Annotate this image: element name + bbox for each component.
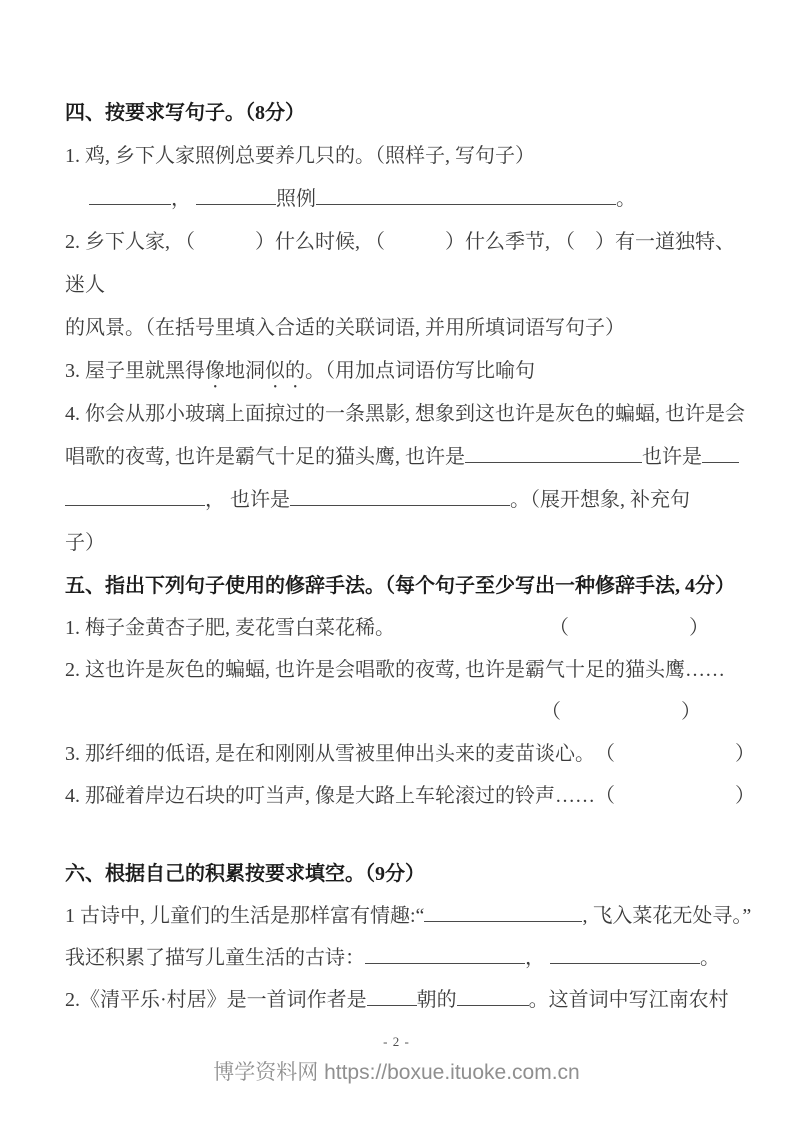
q1-zhaoli-label: 照例 (276, 188, 316, 210)
q-text: 3. 那纤细的低语, 是在和刚刚从雪被里伸出头来的麦苗谈心。 (65, 733, 595, 775)
q-text: 1. 梅子金黄杏子肥, 麦花雪白菜花稀。 (65, 607, 395, 649)
fill-blank (89, 184, 171, 205)
fill-blank (702, 442, 739, 463)
q1-period: 。 (616, 188, 636, 210)
q3-emphasized-word: 似的 (265, 360, 305, 382)
fill-blank (367, 985, 417, 1006)
document-page: 四、按要求写句子。（8分） 1. 鸡, 乡下人家照例总要养几只的。（照样子, 写… (0, 0, 793, 1122)
q4-segment: 唱歌的夜莺, 也许是霸气十足的猫头鹰, 也许是 (65, 446, 465, 468)
fill-blank (550, 943, 700, 964)
q1-comma: ， (171, 188, 191, 210)
fill-blank (290, 485, 510, 506)
section6-question2: 2.《清平乐·村居》是一首词作者是朝的。这首词中写江南农村 (65, 979, 737, 1021)
section4-question1: 1. 鸡, 乡下人家照例总要养几只的。（照样子, 写句子） (65, 135, 737, 178)
q-text: 我还积累了描写儿童生活的古诗： (65, 947, 365, 969)
fill-blank (365, 943, 525, 964)
section5-question4: 4. 那碰着岸边石块的叮当声, 像是大路上车轮滚过的铃声……（ ） (65, 775, 737, 817)
section4-q4-cont1: 唱歌的夜莺, 也许是霸气十足的猫头鹰, 也许是也许是 (65, 436, 737, 479)
q-text: 1 古诗中, 儿童们的生活是那样富有情趣:“ (65, 905, 424, 927)
q-text: 2.《清平乐·村居》是一首词作者是 (65, 989, 367, 1011)
q3-segment: 。（用加点词语仿写比喻句 (305, 360, 535, 382)
section5-q2-answer-paren: （ ） (65, 691, 737, 733)
section4-question3: 3. 屋子里就黑得像地洞似的。（用加点词语仿写比喻句 (65, 350, 737, 393)
q-text: , 飞入菜花无处寻。” (582, 905, 751, 927)
q-text: 。 (700, 947, 720, 969)
page-content: 四、按要求写句子。（8分） 1. 鸡, 乡下人家照例总要养几只的。（照样子, 写… (0, 0, 793, 1021)
answer-paren: （ ） (549, 607, 709, 649)
section6-heading: 六、根据自己的积累按要求填空。（9分） (65, 853, 737, 895)
section4-question2: 2. 乡下人家, （ ）什么时候, （ ）什么季节, （ ）有一道独特、 (65, 221, 737, 264)
page-number: - 2 - (0, 1034, 793, 1050)
section6-q1-cont: 我还积累了描写儿童生活的古诗：， 。 (65, 937, 737, 979)
fill-blank (424, 901, 582, 922)
section4-q1-answer-line: ， 照例。 (65, 178, 737, 221)
fill-blank (196, 184, 276, 205)
q-text: 朝的 (417, 989, 457, 1011)
section6-question1: 1 古诗中, 儿童们的生活是那样富有情趣:“, 飞入菜花无处寻。” (65, 895, 737, 937)
answer-paren: （ ） (595, 775, 755, 817)
q3-emphasized-word: 像 (205, 360, 225, 382)
section4-question2-cont2: 的风景。（在括号里填入合适的关联词语, 并用所填词语写句子） (65, 307, 737, 350)
q-text: 。这首词中写江南农村 (529, 989, 729, 1011)
fill-blank (65, 485, 205, 506)
answer-paren: （ ） (595, 733, 755, 775)
section5-heading: 五、指出下列句子使用的修辞手法。（每个句子至少写出一种修辞手法, 4分） (65, 565, 737, 607)
fill-blank (316, 184, 616, 205)
section5-question3: 3. 那纤细的低语, 是在和刚刚从雪被里伸出头来的麦苗谈心。（ ） (65, 733, 737, 775)
footer-watermark: 博学资料网 https://boxue.ituoke.com.cn (0, 1056, 793, 1086)
section5-question2: 2. 这也许是灰色的蝙蝠, 也许是会唱歌的夜莺, 也许是霸气十足的猫头鹰…… (65, 649, 737, 691)
q-text: 4. 那碰着岸边石块的叮当声, 像是大路上车轮滚过的铃声…… (65, 775, 595, 817)
q3-segment: 3. 屋子里就黑得 (65, 360, 205, 382)
section4-heading: 四、按要求写句子。（8分） (65, 92, 737, 135)
section5-question1: 1. 梅子金黄杏子肥, 麦花雪白菜花稀。（ ） (65, 607, 737, 649)
fill-blank (465, 442, 642, 463)
q4-segment: 也许是 (642, 446, 702, 468)
section4-question4: 4. 你会从那小玻璃上面掠过的一条黑影, 想象到这也许是灰色的蝙蝠, 也许是会 (65, 393, 737, 436)
section4-question2-cont1: 迷人 (65, 264, 737, 307)
q4-segment: ， 也许是 (205, 489, 290, 511)
q-text: ， (525, 947, 550, 969)
q3-segment: 地洞 (225, 360, 265, 382)
fill-blank (457, 985, 529, 1006)
q4-segment: 。（展开想象, 补充句 (510, 489, 690, 511)
section4-q4-cont2: ， 也许是。（展开想象, 补充句 (65, 479, 737, 522)
section4-q4-cont3: 子） (65, 522, 737, 565)
